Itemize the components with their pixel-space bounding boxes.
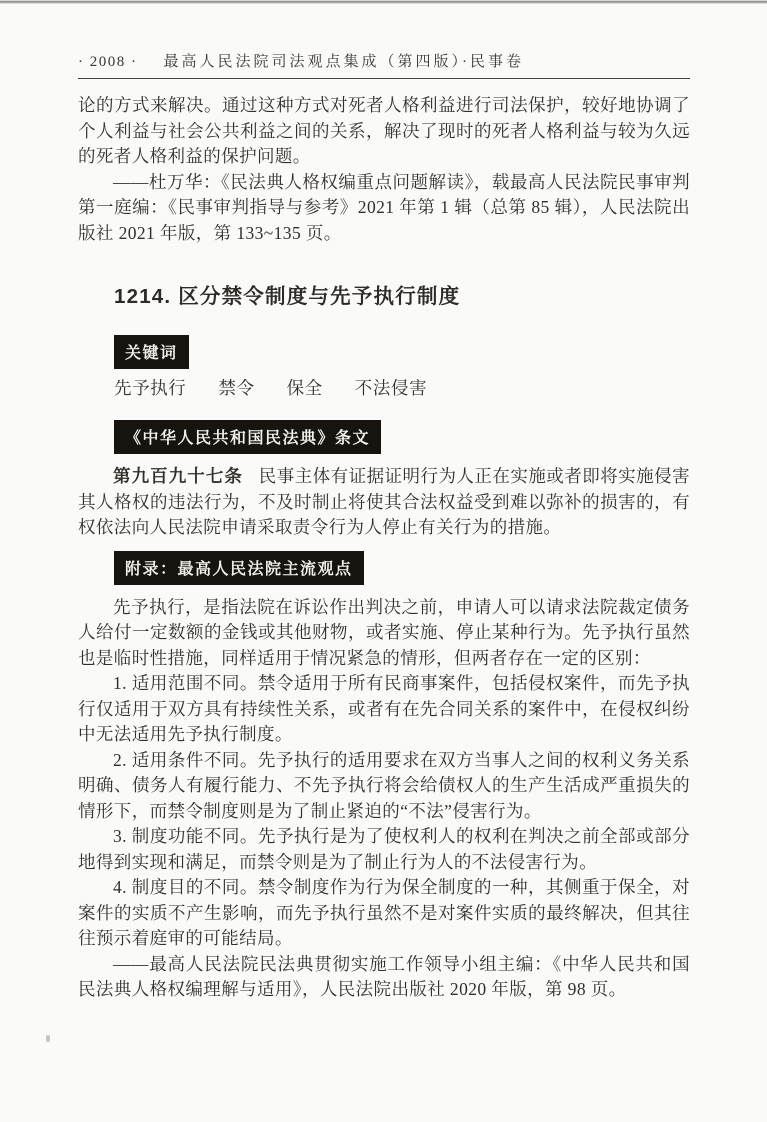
statute-article-number: 第九百九十七条 [113,466,243,486]
keyword-item: 禁令 [218,378,254,398]
opinion-block: 先予执行，是指法院在诉讼作出判决之前，申请人可以请求法院裁定债务人给付一定数额的… [78,595,690,1003]
statute-paragraph: 第九百九十七条民事主体有证据证明行为人正在实施或者即将实施侵害其人格权的违法行为… [78,464,690,541]
opinion-paragraph: 1. 适用范围不同。禁令适用于所有民商事案件，包括侵权案件，而先予执行仅适用于双… [78,671,690,748]
opinion-paragraph: 先予执行，是指法院在诉讼作出判决之前，申请人可以请求法院裁定债务人给付一定数额的… [78,595,690,672]
opinion-paragraph: 4. 制度目的不同。禁令制度作为行为保全制度的一种，其侧重于保全，对案件的实质不… [78,875,690,952]
scan-top-edge [0,0,767,4]
opinion-paragraph: 3. 制度功能不同。先予执行是为了使权利人的权利在判决之前全部或部分地得到实现和… [78,824,690,875]
page-number: · 2008 · [78,54,138,71]
keywords-badge-row: 关键词 [114,335,690,369]
statute-badge-row: 《中华人民共和国民法典》条文 [114,420,690,454]
closing-citation: ——最高人民法院民法典贯彻实施工作领导小组主编：《中华人民共和国民法典人格权编理… [78,952,690,1003]
keyword-item: 不法侵害 [355,378,427,398]
keyword-item: 保全 [287,378,323,398]
keyword-item: 先予执行 [114,378,186,398]
intro-block: 论的方式来解决。通过这种方式对死者人格利益进行司法保护，较好地协调了个人利益与社… [78,93,690,246]
book-title: 最高人民法院司法观点集成（第四版）·民事卷 [164,50,525,71]
keywords-list: 先予执行 禁令 保全 不法侵害 [114,375,690,400]
section-title: 1214. 区分禁令制度与先予执行制度 [114,279,690,309]
appendix-badge: 附录：最高人民法院主流观点 [114,551,364,585]
scan-artifact [46,1035,50,1042]
keywords-badge: 关键词 [114,335,189,369]
opinion-paragraph: 2. 适用条件不同。先予执行的适用要求在双方当事人之间的权利义务关系明确、债务人… [78,748,690,825]
page-header: · 2008 · 最高人民法院司法观点集成（第四版）·民事卷 [78,50,690,71]
header-rule [78,78,690,79]
statute-badge: 《中华人民共和国民法典》条文 [114,420,381,454]
appendix-badge-row: 附录：最高人民法院主流观点 [114,551,690,585]
intro-paragraph: 论的方式来解决。通过这种方式对死者人格利益进行司法保护，较好地协调了个人利益与社… [78,93,690,170]
intro-citation: ——杜万华：《民法典人格权编重点问题解读》，载最高人民法院民事审判第一庭编：《民… [78,170,690,247]
statute-block: 第九百九十七条民事主体有证据证明行为人正在实施或者即将实施侵害其人格权的违法行为… [78,464,690,541]
